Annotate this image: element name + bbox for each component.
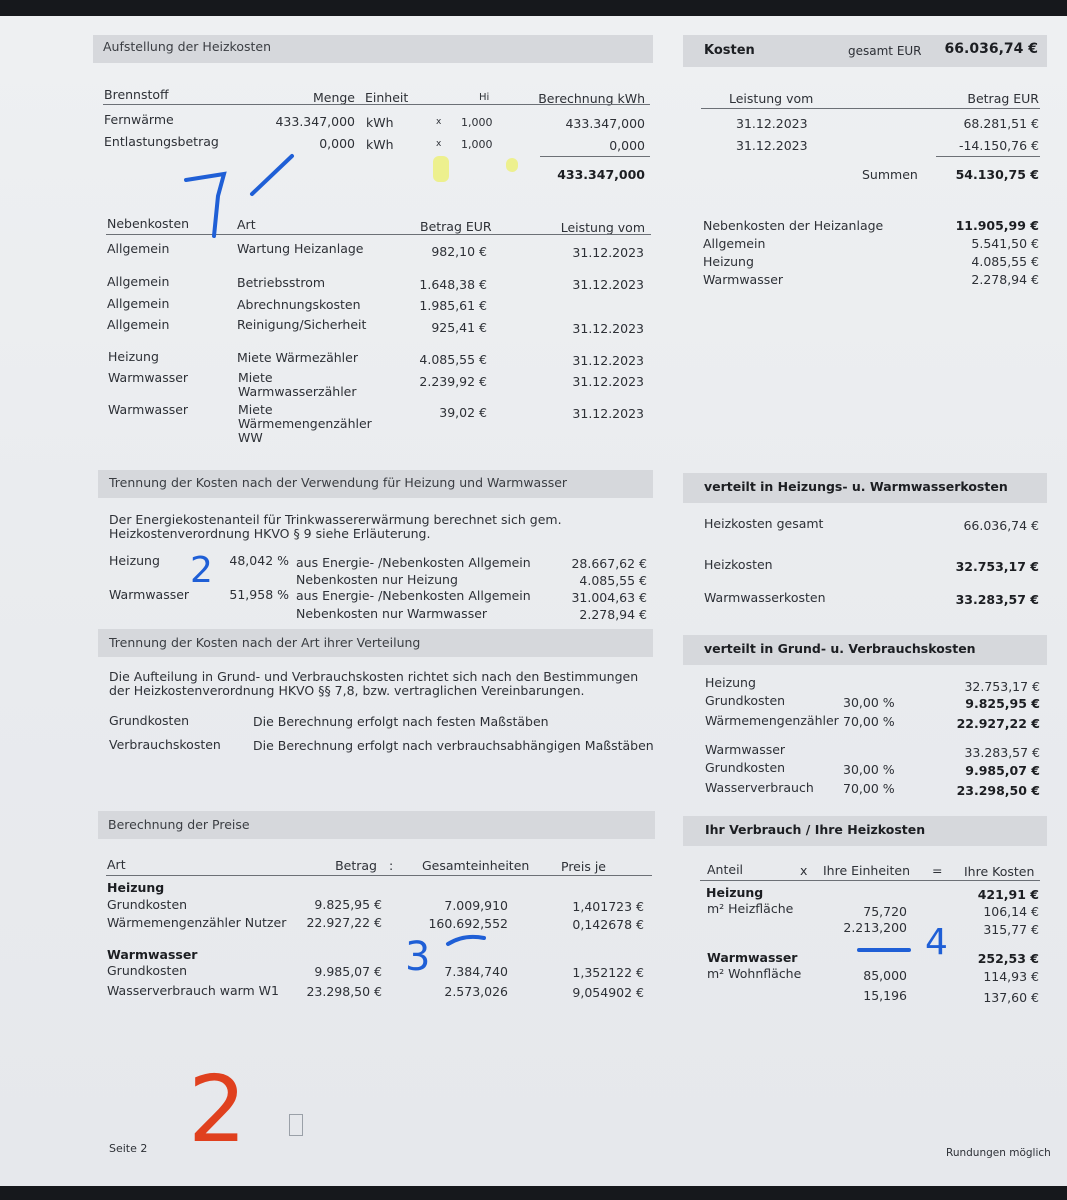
gv-row-pct: 30,00 % xyxy=(843,695,895,710)
neben-row-value: 4.085,55 € xyxy=(930,254,1039,269)
neben-row-label: Heizung xyxy=(703,254,754,269)
grundkosten-desc: Die Berechnung erfolgt nach festen Maßst… xyxy=(253,714,549,729)
section-title-verteilt-hw: verteilt in Heizungs- u. Warmwasserkoste… xyxy=(704,479,1008,494)
gesamt-label: gesamt EUR xyxy=(848,44,922,58)
col-header-leistung: Leistung vom xyxy=(729,91,813,106)
gesamt-value: 66.036,74 € xyxy=(930,41,1038,57)
faint-checkbox-mark xyxy=(289,1114,303,1136)
gv-row-pct: 70,00 % xyxy=(843,781,895,796)
highlighter-mark xyxy=(433,156,449,182)
section-title-verteilt-gv: verteilt in Grund- u. Verbrauchskosten xyxy=(704,641,976,656)
summen-value: 54.130,75 € xyxy=(930,167,1039,182)
gv-row-value: 9.985,07 € xyxy=(920,763,1040,778)
warmwasserkosten-value: 33.283,57 € xyxy=(920,592,1039,607)
gv-row-value: 23.298,50 € xyxy=(920,783,1040,798)
col-header-einheiten: Ihre Einheiten xyxy=(823,863,910,878)
verbrauch-total-heizung: 421,91 € xyxy=(930,887,1039,902)
page-number: Seite 2 xyxy=(109,1142,147,1155)
explanation-text: Die Aufteilung in Grund- und Verbrauchsk… xyxy=(109,669,638,684)
handwritten-three: 3 xyxy=(405,934,430,980)
col-header-x: x xyxy=(800,863,807,878)
col-header-betrag: Betrag EUR xyxy=(940,91,1039,106)
gv-row-label: Grundkosten xyxy=(705,760,785,775)
grundkosten-label: Grundkosten xyxy=(109,713,189,728)
divider xyxy=(106,875,652,876)
highlighter-mark xyxy=(506,158,518,172)
col-header-anteil: Anteil xyxy=(707,862,743,877)
col-header-brennstoff: Brennstoff xyxy=(104,87,169,102)
explanation-text: Der Energiekostenanteil für Trinkwassere… xyxy=(109,512,562,527)
col-header-divide: : xyxy=(389,858,393,873)
section-title-kosten: Kosten xyxy=(704,43,755,58)
handwritten-seven-icon xyxy=(180,146,310,246)
divider xyxy=(700,880,1040,881)
col-header-betrag: Betrag EUR xyxy=(420,219,492,234)
divider xyxy=(540,156,650,157)
col-header-leistung: Leistung vom xyxy=(540,220,645,235)
handwritten-red-two: 2 xyxy=(188,1056,247,1163)
total-kwh: 433.347,000 xyxy=(520,167,645,182)
gv-row-label: Wasserverbrauch xyxy=(705,780,814,795)
col-header-einheit: Einheit xyxy=(365,90,408,105)
gv-heizung-label: Heizung xyxy=(705,675,756,690)
col-header-art: Art xyxy=(107,857,126,872)
neben-row-value: 5.541,50 € xyxy=(930,236,1039,251)
col-header-hi: Hi xyxy=(479,92,489,103)
nebenkosten-heizanlage-label: Nebenkosten der Heizanlage xyxy=(703,218,883,233)
neben-row-label: Allgemein xyxy=(703,236,765,251)
section-title-trennung-verwendung: Trennung der Kosten nach der Verwendung … xyxy=(109,475,567,490)
handwritten-dash-icon xyxy=(444,928,488,950)
heizkosten-gesamt-value: 66.036,74 € xyxy=(920,518,1039,533)
handwritten-two: 2 xyxy=(190,550,213,591)
neben-row-value: 2.278,94 € xyxy=(930,272,1039,287)
gv-row-label: Wärmemengenzähler xyxy=(705,713,839,728)
verbrauchskosten-label: Verbrauchskosten xyxy=(109,737,221,752)
heizkosten-gesamt-label: Heizkosten gesamt xyxy=(704,516,823,531)
divider xyxy=(103,104,650,105)
gv-row-value: 22.927,22 € xyxy=(920,716,1040,731)
group-label-warmwasser: Warmwasser xyxy=(107,947,197,962)
gv-warmwasser-value: 33.283,57 € xyxy=(920,745,1040,760)
section-title-trennung-art: Trennung der Kosten nach der Art ihrer V… xyxy=(109,635,420,650)
group-label-heizung: Heizung xyxy=(107,880,164,895)
heizkosten-value: 32.753,17 € xyxy=(920,559,1039,574)
warmwasserkosten-label: Warmwasserkosten xyxy=(704,590,826,605)
gv-row-pct: 30,00 % xyxy=(843,762,895,777)
divider xyxy=(936,156,1040,157)
verbrauchskosten-desc: Die Berechnung erfolgt nach verbrauchsab… xyxy=(253,738,654,753)
col-header-betrag: Betrag xyxy=(300,858,377,873)
section-title-heizkosten: Aufstellung der Heizkosten xyxy=(103,39,271,54)
col-header-nebenkosten: Nebenkosten xyxy=(107,216,189,231)
divider xyxy=(701,108,1040,109)
rounding-note: Rundungen möglich xyxy=(946,1147,1051,1159)
handwritten-four: 4 xyxy=(925,922,948,963)
neben-row-label: Warmwasser xyxy=(703,272,783,287)
explanation-text: der Heizkostenverordnung HKVO §§ 7,8, bz… xyxy=(109,683,585,698)
explanation-text: Heizkostenverordnung HKVO § 9 siehe Erlä… xyxy=(109,526,430,541)
section-title-preise: Berechnung der Preise xyxy=(108,817,250,832)
gv-row-pct: 70,00 % xyxy=(843,714,895,729)
col-header-preis: Preis je xyxy=(561,859,606,874)
gv-row-value: 9.825,95 € xyxy=(920,696,1040,711)
summen-label: Summen xyxy=(862,167,918,182)
col-header-kosten: Ihre Kosten xyxy=(964,864,1034,879)
gv-warmwasser-label: Warmwasser xyxy=(705,742,785,757)
handwritten-dash-icon xyxy=(855,941,915,957)
gv-heizung-value: 32.753,17 € xyxy=(920,679,1040,694)
nebenkosten-heizanlage-value: 11.905,99 € xyxy=(930,218,1039,233)
gv-row-label: Grundkosten xyxy=(705,693,785,708)
heizkosten-label: Heizkosten xyxy=(704,557,773,572)
col-header-einheiten: Gesamteinheiten xyxy=(422,858,529,873)
col-header-equals: = xyxy=(932,863,942,878)
verbrauch-group-warmwasser: Warmwasser xyxy=(707,950,797,965)
invoice-page: Aufstellung der Heizkosten Brennstoff Me… xyxy=(0,16,1067,1186)
section-title-verbrauch: Ihr Verbrauch / Ihre Heizkosten xyxy=(705,822,925,837)
col-header-menge: Menge xyxy=(280,90,355,105)
verbrauch-group-heizung: Heizung xyxy=(706,885,763,900)
